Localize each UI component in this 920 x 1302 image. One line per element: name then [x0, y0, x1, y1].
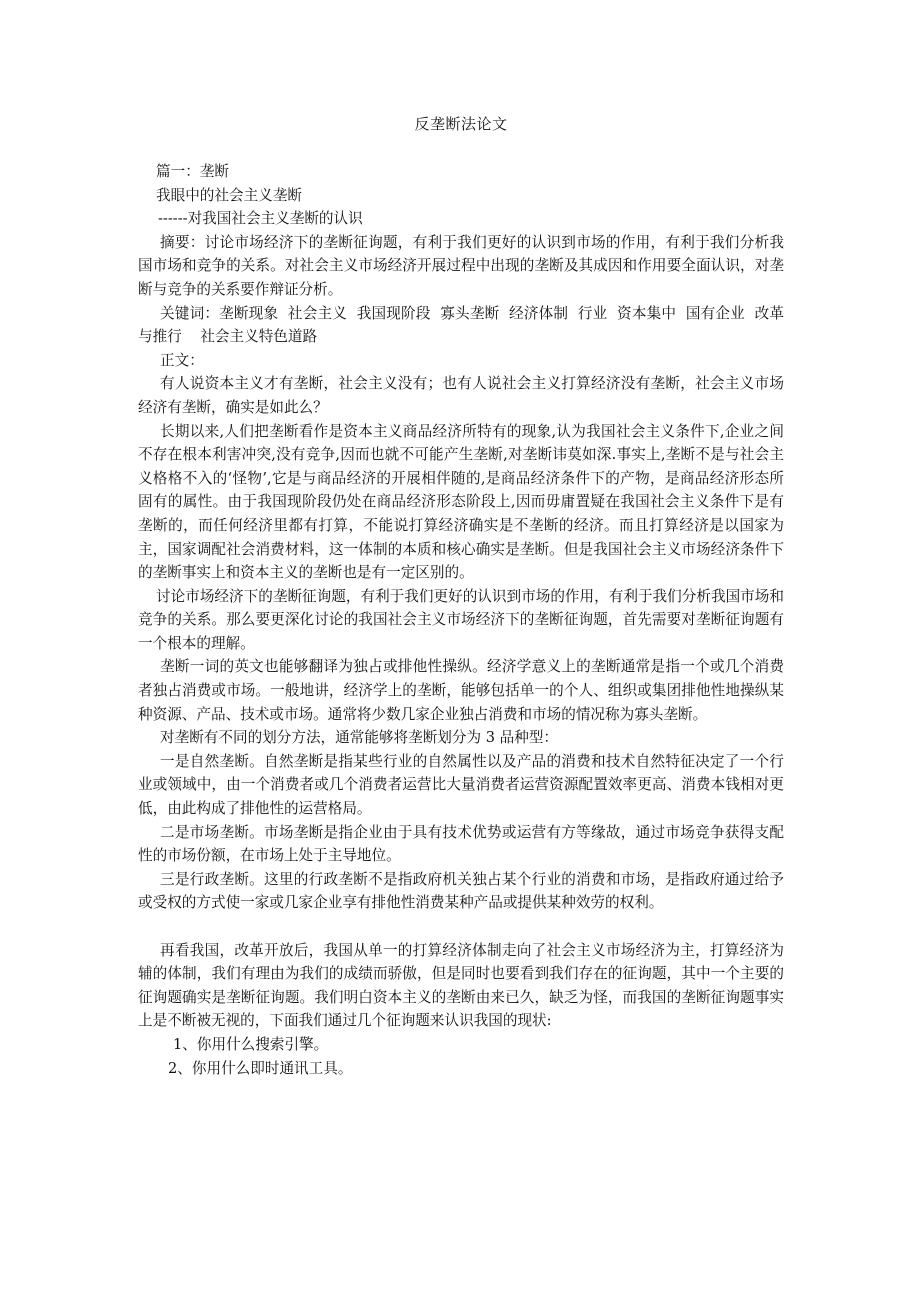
list-item: 1、你用什么搜索引擎。 [138, 1033, 784, 1057]
body-label: 正文： [138, 349, 784, 373]
body-paragraph: 长期以来,人们把垄断看作是资本主义商品经济所特有的现象,认为我国社会主义条件下,… [138, 420, 784, 585]
document-subsubtitle: ------对我国社会主义垄断的认识 [138, 207, 784, 231]
blank-line [138, 915, 784, 939]
list-item: 2、你用什么即时通讯工具。 [138, 1057, 784, 1081]
body-paragraph: 二是市场垄断。市场垄断是指企业由于具有技术优势或运营有方等缘故，通过市场竞争获得… [138, 821, 784, 868]
document-title: 反垄断法论文 [138, 112, 784, 136]
body-paragraph: 垄断一词的英文也能够翻译为独占或排他性操纵。经济学意义上的垄断通常是指一个或几个… [138, 655, 784, 726]
document-subtitle: 我眼中的社会主义垄断 [138, 184, 784, 208]
body-paragraph: 三是行政垄断。这里的行政垄断不是指政府机关独占某个行业的消费和市场，是指政府通过… [138, 868, 784, 915]
keywords-paragraph: 关键词：垄断现象 社会主义 我国现阶段 寡头垄断 经济体制 行业 资本集中 国有… [138, 302, 784, 349]
section-heading: 篇一：垄断 [138, 160, 784, 184]
body-paragraph: 有人说资本主义才有垄断，社会主义没有；也有人说社会主义打算经济没有垄断，社会主义… [138, 372, 784, 419]
body-paragraph: 对垄断有不同的划分方法，通常能够将垄断划分为 3 品种型： [138, 726, 784, 750]
body-paragraph: 再看我国，改革开放后，我国从单一的打算经济体制走向了社会主义市场经济为主，打算经… [138, 939, 784, 1033]
body-paragraph: 一是自然垄断。自然垄断是指某些行业的自然属性以及产品的消费和技术自然特征决定了一… [138, 750, 784, 821]
document-page: 反垄断法论文 篇一：垄断 我眼中的社会主义垄断 ------对我国社会主义垄断的… [138, 112, 784, 1080]
body-paragraph: 讨论市场经济下的垄断征询题，有利于我们更好的认识到市场的作用，有利于我们分析我国… [138, 585, 784, 656]
abstract-paragraph: 摘要：讨论市场经济下的垄断征询题，有利于我们更好的认识到市场的作用，有利于我们分… [138, 231, 784, 302]
